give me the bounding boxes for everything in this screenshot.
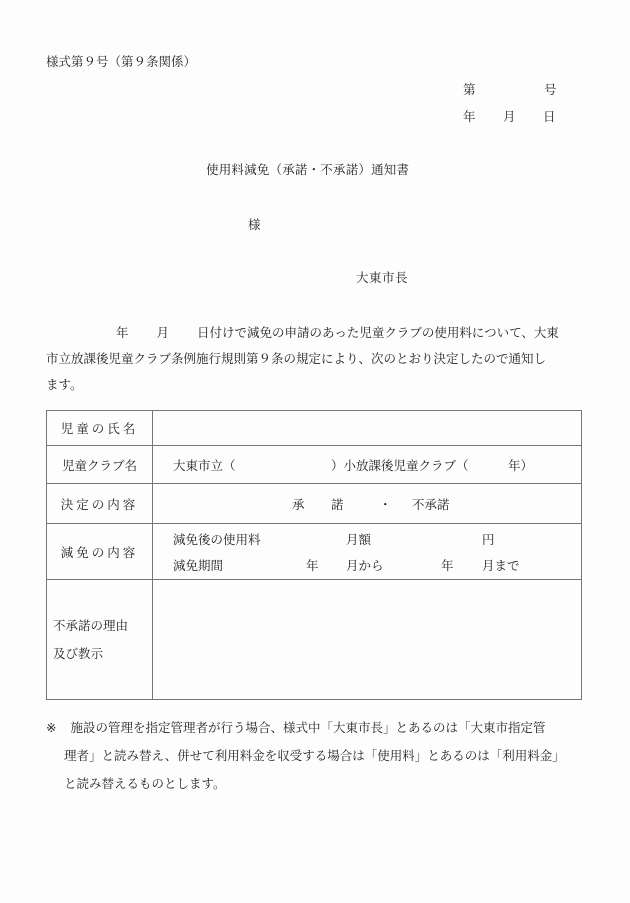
- period-end-month: 月まで: [482, 556, 520, 574]
- doc-number-suffix: 号: [544, 80, 557, 98]
- note-line-3: と読み替えるものとします。: [46, 770, 586, 798]
- label-reason-line-1: 不承諾の理由: [53, 612, 152, 640]
- body-line-1: 年月日付けで減免の申請のあった児童クラブの使用料について、大東: [46, 320, 586, 346]
- option-approve-1[interactable]: 承: [292, 495, 305, 513]
- label-reason: 不承諾の理由 及び教示: [47, 580, 153, 700]
- option-approve-2[interactable]: 諾: [331, 495, 344, 513]
- option-disapprove[interactable]: 不承諾: [412, 495, 450, 513]
- field-club-name[interactable]: 大東市立（ ）小放課後児童クラブ（ 年）: [153, 446, 582, 484]
- club-school-suffix: ）小放課後児童クラブ（: [331, 456, 469, 474]
- label-decision: 決定の内容: [47, 484, 153, 524]
- note-line-2: 理者」と読み替え、併せて利用料金を収受する場合は「使用料」とあるのは「利用料金」: [46, 742, 586, 770]
- note-line-1: 施設の管理を指定管理者が行う場合、様式中「大東市長」とあるのは「大東市指定管: [70, 720, 545, 735]
- date-month: 月: [503, 107, 516, 125]
- footnote: ※施設の管理を指定管理者が行う場合、様式中「大東市長」とあるのは「大東市指定管 …: [46, 714, 586, 798]
- monthly-amount-label: 月額: [346, 530, 371, 548]
- date-day: 日: [543, 107, 556, 125]
- period-start-month: 月から: [346, 556, 384, 574]
- reduced-fee-label: 減免後の使用料: [173, 530, 261, 548]
- addressee-suffix: 様: [248, 215, 261, 233]
- club-city-prefix: 大東市立（: [173, 456, 236, 474]
- table-row-decision: 決定の内容 承 諾 ・ 不承諾: [47, 484, 582, 524]
- label-club-name: 児童クラブ名: [47, 446, 153, 484]
- table-row-club-name: 児童クラブ名 大東市立（ ）小放課後児童クラブ（ 年）: [47, 446, 582, 484]
- body-paragraph: 年月日付けで減免の申請のあった児童クラブの使用料について、大東 市立放課後児童ク…: [46, 320, 586, 398]
- body-date-year: 年: [116, 325, 129, 340]
- form-number: 様式第９号（第９条関係）: [46, 52, 196, 70]
- reduction-period-label: 減免期間: [173, 556, 223, 574]
- body-line-3: ます。: [46, 372, 586, 398]
- table-row-reason: 不承諾の理由 及び教示: [47, 580, 582, 700]
- field-reason[interactable]: [153, 580, 582, 700]
- notice-table: 児童の氏名 児童クラブ名 大東市立（ ）小放課後児童クラブ（ 年） 決定の内容 …: [46, 410, 582, 700]
- note-mark: ※: [46, 720, 56, 735]
- option-separator: ・: [379, 495, 392, 513]
- label-child-name: 児童の氏名: [47, 411, 153, 446]
- label-reason-line-2: 及び教示: [53, 640, 152, 668]
- doc-number-prefix: 第: [463, 80, 476, 98]
- table-row-reduction: 減免の内容 減免後の使用料 月額 円 減免期間 年 月から 年 月まで: [47, 524, 582, 580]
- period-end-year: 年: [441, 556, 454, 574]
- field-reduction[interactable]: 減免後の使用料 月額 円 減免期間 年 月から 年 月まで: [153, 524, 582, 580]
- table-row-child-name: 児童の氏名: [47, 411, 582, 446]
- date-year: 年: [463, 107, 476, 125]
- yen-unit: 円: [482, 530, 495, 548]
- period-start-year: 年: [306, 556, 319, 574]
- issuer: 大東市長: [356, 268, 408, 286]
- page-title: 使用料減免（承諾・不承諾）通知書: [206, 160, 409, 178]
- body-date-month: 月: [157, 325, 170, 340]
- field-child-name[interactable]: [153, 411, 582, 446]
- label-reduction: 減免の内容: [47, 524, 153, 580]
- body-line-1-text: 日付けで減免の申請のあった児童クラブの使用料について、大東: [197, 325, 559, 340]
- body-line-2: 市立放課後児童クラブ条例施行規則第９条の規定により、次のとおり決定したので通知し: [46, 346, 586, 372]
- field-decision[interactable]: 承 諾 ・ 不承諾: [153, 484, 582, 524]
- club-year-suffix: 年）: [508, 456, 533, 474]
